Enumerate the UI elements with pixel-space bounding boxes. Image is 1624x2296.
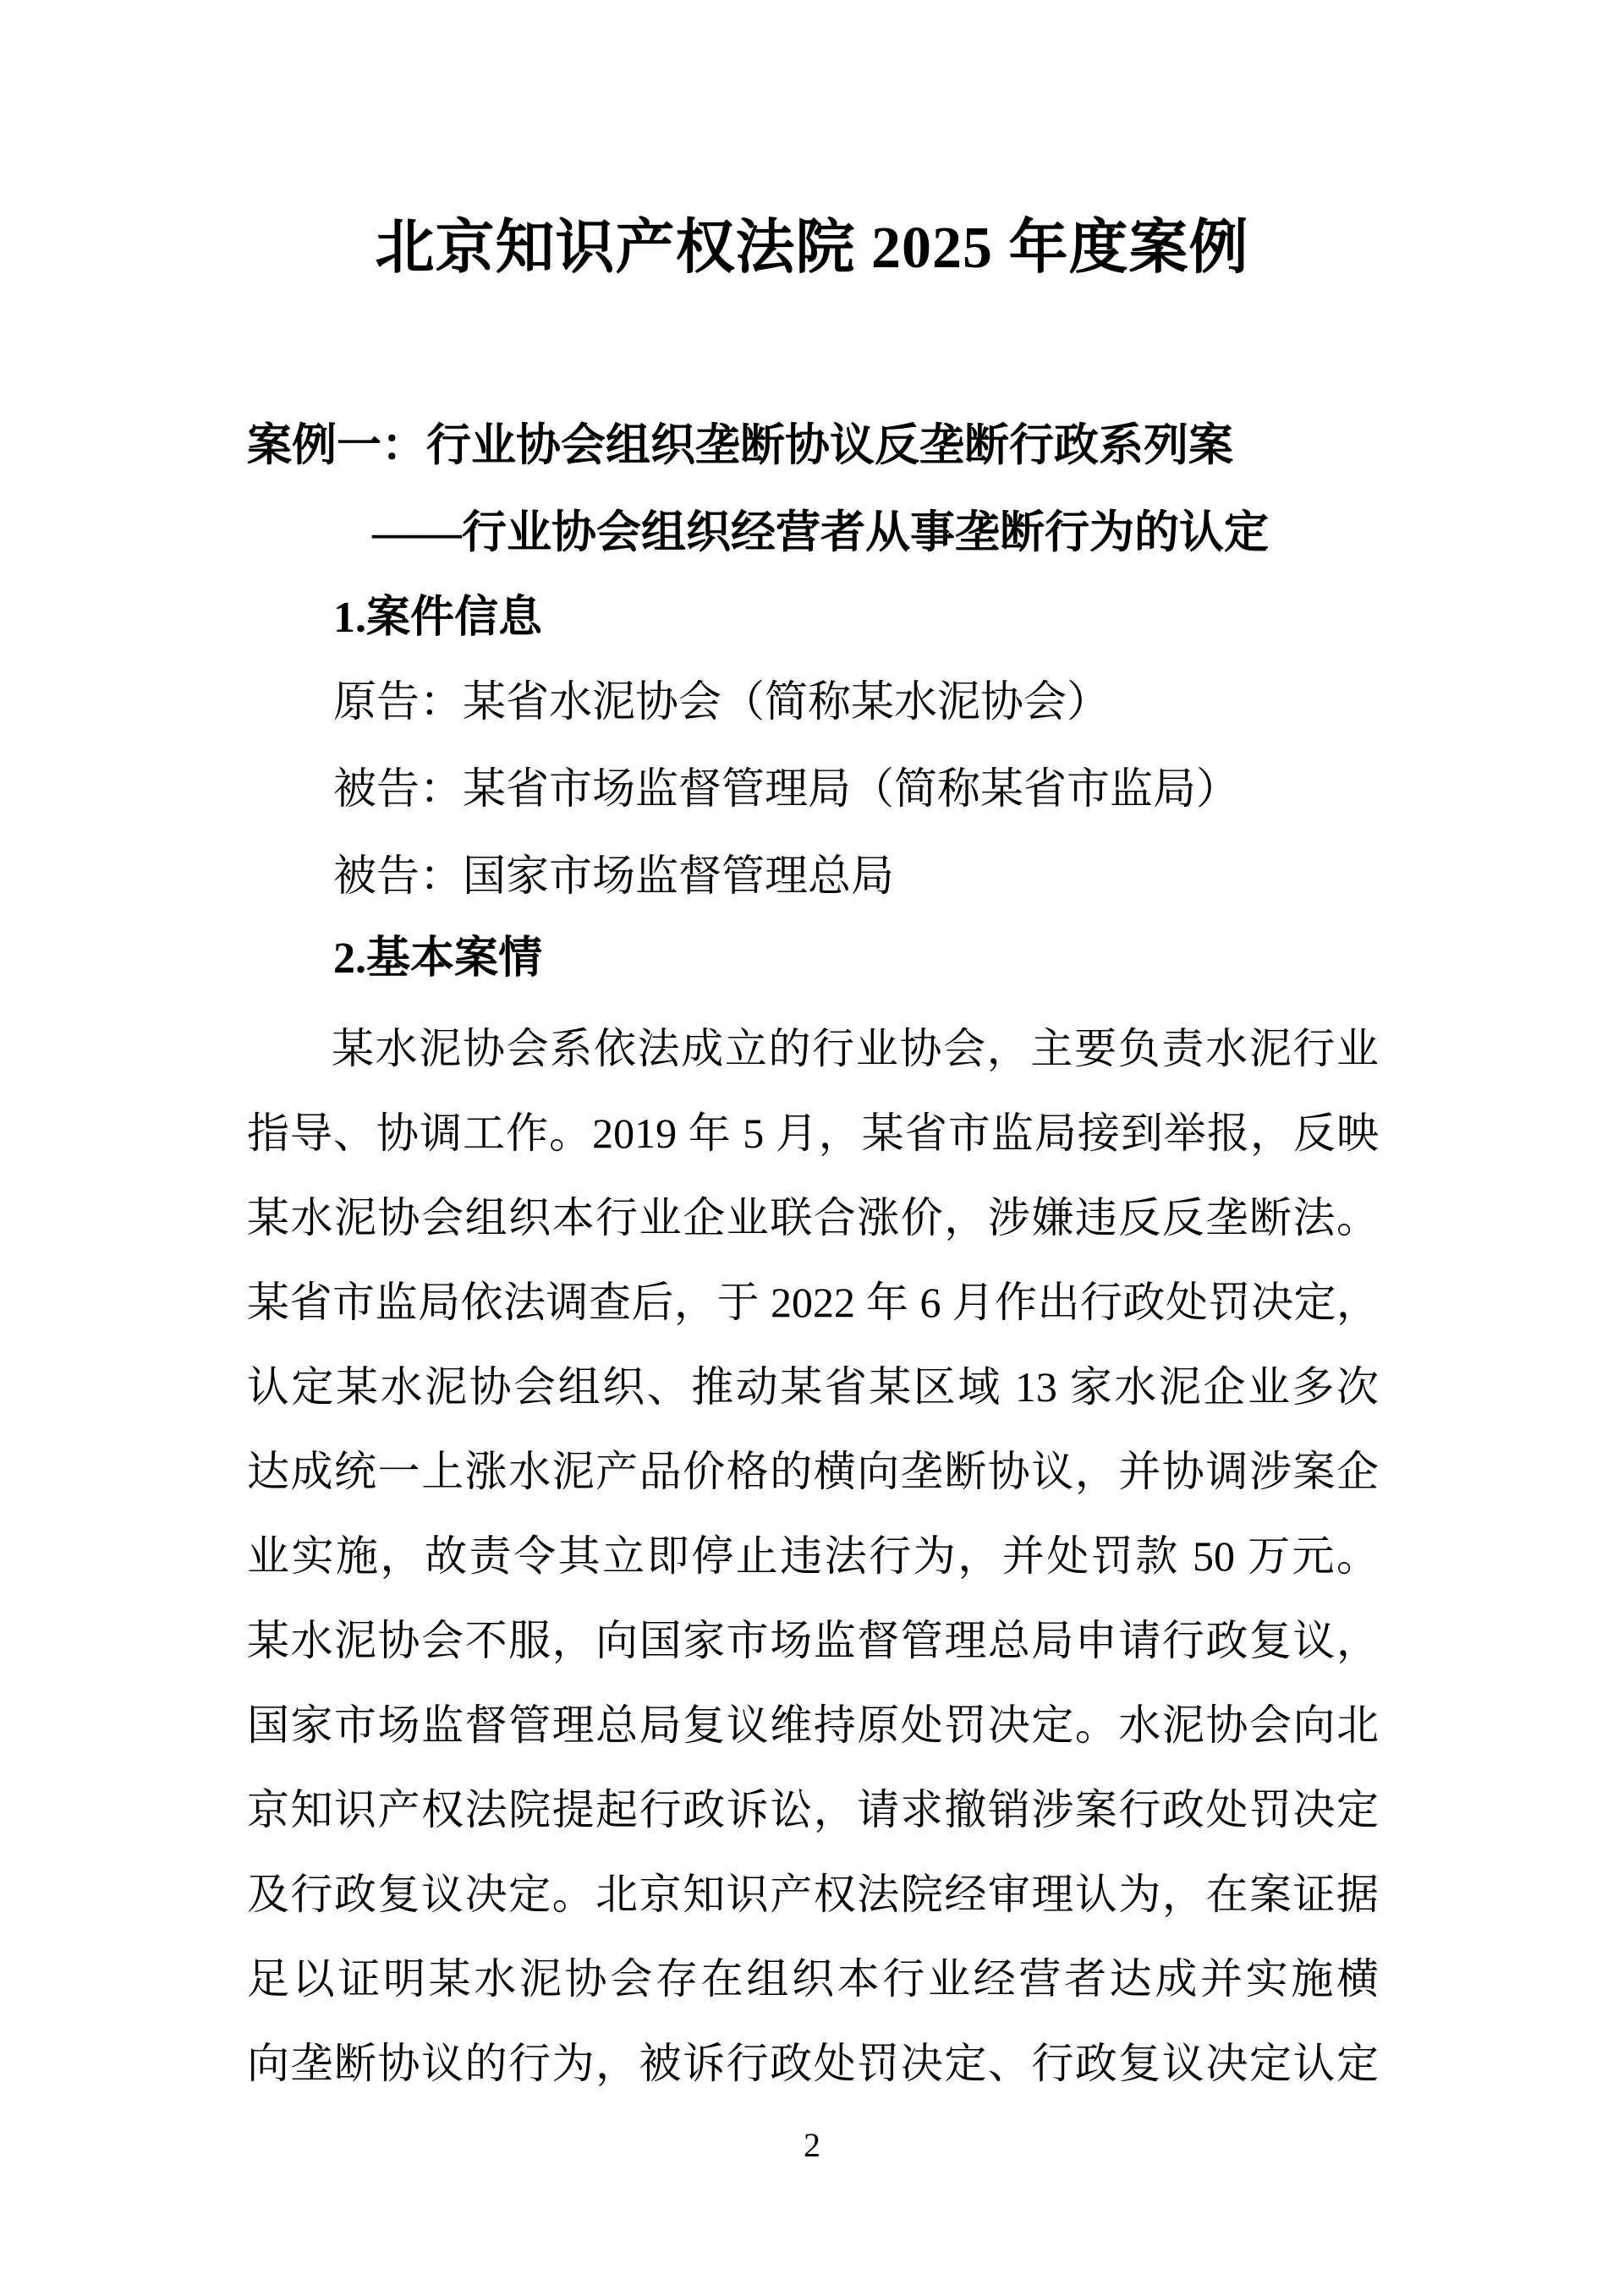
body-text-line: 京知识产权法院提起行政诉讼，请求撤销涉案行政处罚决定 (247, 1767, 1379, 1852)
section-1-heading: 1.案件信息 (333, 593, 542, 644)
body-text-line: 认定某水泥协会组织、推动某省某区域 13 家水泥企业多次 (247, 1345, 1379, 1429)
body-text-line: 向垄断协议的行为，被诉行政处罚决定、行政复议决定认定 (247, 2021, 1379, 2106)
body-text-line: 国家市场监督管理总局复议维持原处罚决定。水泥协会向北 (247, 1683, 1379, 1767)
body-text-line: 指导、协调工作。2019 年 5 月，某省市监局接到举报，反映 (247, 1091, 1379, 1175)
section-2-heading: 2.基本案情 (333, 934, 542, 984)
body-text-line: 业实施，故责令其立即停止违法行为，并处罚款 50 万元。 (247, 1514, 1379, 1598)
document-title: 北京知识产权法院 2025 年度案例 (0, 213, 1624, 284)
body-text-line: 某省市监局依法调查后，于 2022 年 6 月作出行政处罚决定， (247, 1260, 1379, 1345)
body-text-line: 及行政复议决定。北京知识产权法院经审理认为，在案证据 (247, 1852, 1379, 1937)
body-text-line: 某水泥协会组织本行业企业联合涨价，涉嫌违反反垄断法。 (247, 1175, 1379, 1260)
document-page: 北京知识产权法院 2025 年度案例 案例一：行业协会组织垄断协议反垄断行政系列… (0, 0, 1624, 2296)
case-subtitle: ——行业协会组织经营者从事垄断行为的认定 (372, 507, 1269, 559)
defendant-line-2: 被告：国家市场监督管理总局 (333, 852, 894, 902)
page-number: 2 (0, 2125, 1624, 2166)
body-text-line: 某水泥协会不服，向国家市场监督管理总局申请行政复议， (247, 1598, 1379, 1683)
body-text-line: 某水泥协会系依法成立的行业协会，主要负责水泥行业 (247, 1006, 1379, 1091)
plaintiff-line: 原告：某省水泥协会（简称某水泥协会） (333, 678, 1110, 728)
body-text-line: 达成统一上涨水泥产品价格的横向垄断协议，并协调涉案企 (247, 1429, 1379, 1514)
body-text-line: 足以证明某水泥协会存在组织本行业经营者达成并实施横 (247, 1937, 1379, 2021)
case-heading: 案例一：行业协会组织垄断协议反垄断行政系列案 (247, 420, 1233, 472)
defendant-line-1: 被告：某省市场监督管理局（简称某省市监局） (333, 765, 1239, 815)
body-paragraph: 某水泥协会系依法成立的行业协会，主要负责水泥行业 指导、协调工作。2019 年 … (247, 1006, 1379, 2106)
